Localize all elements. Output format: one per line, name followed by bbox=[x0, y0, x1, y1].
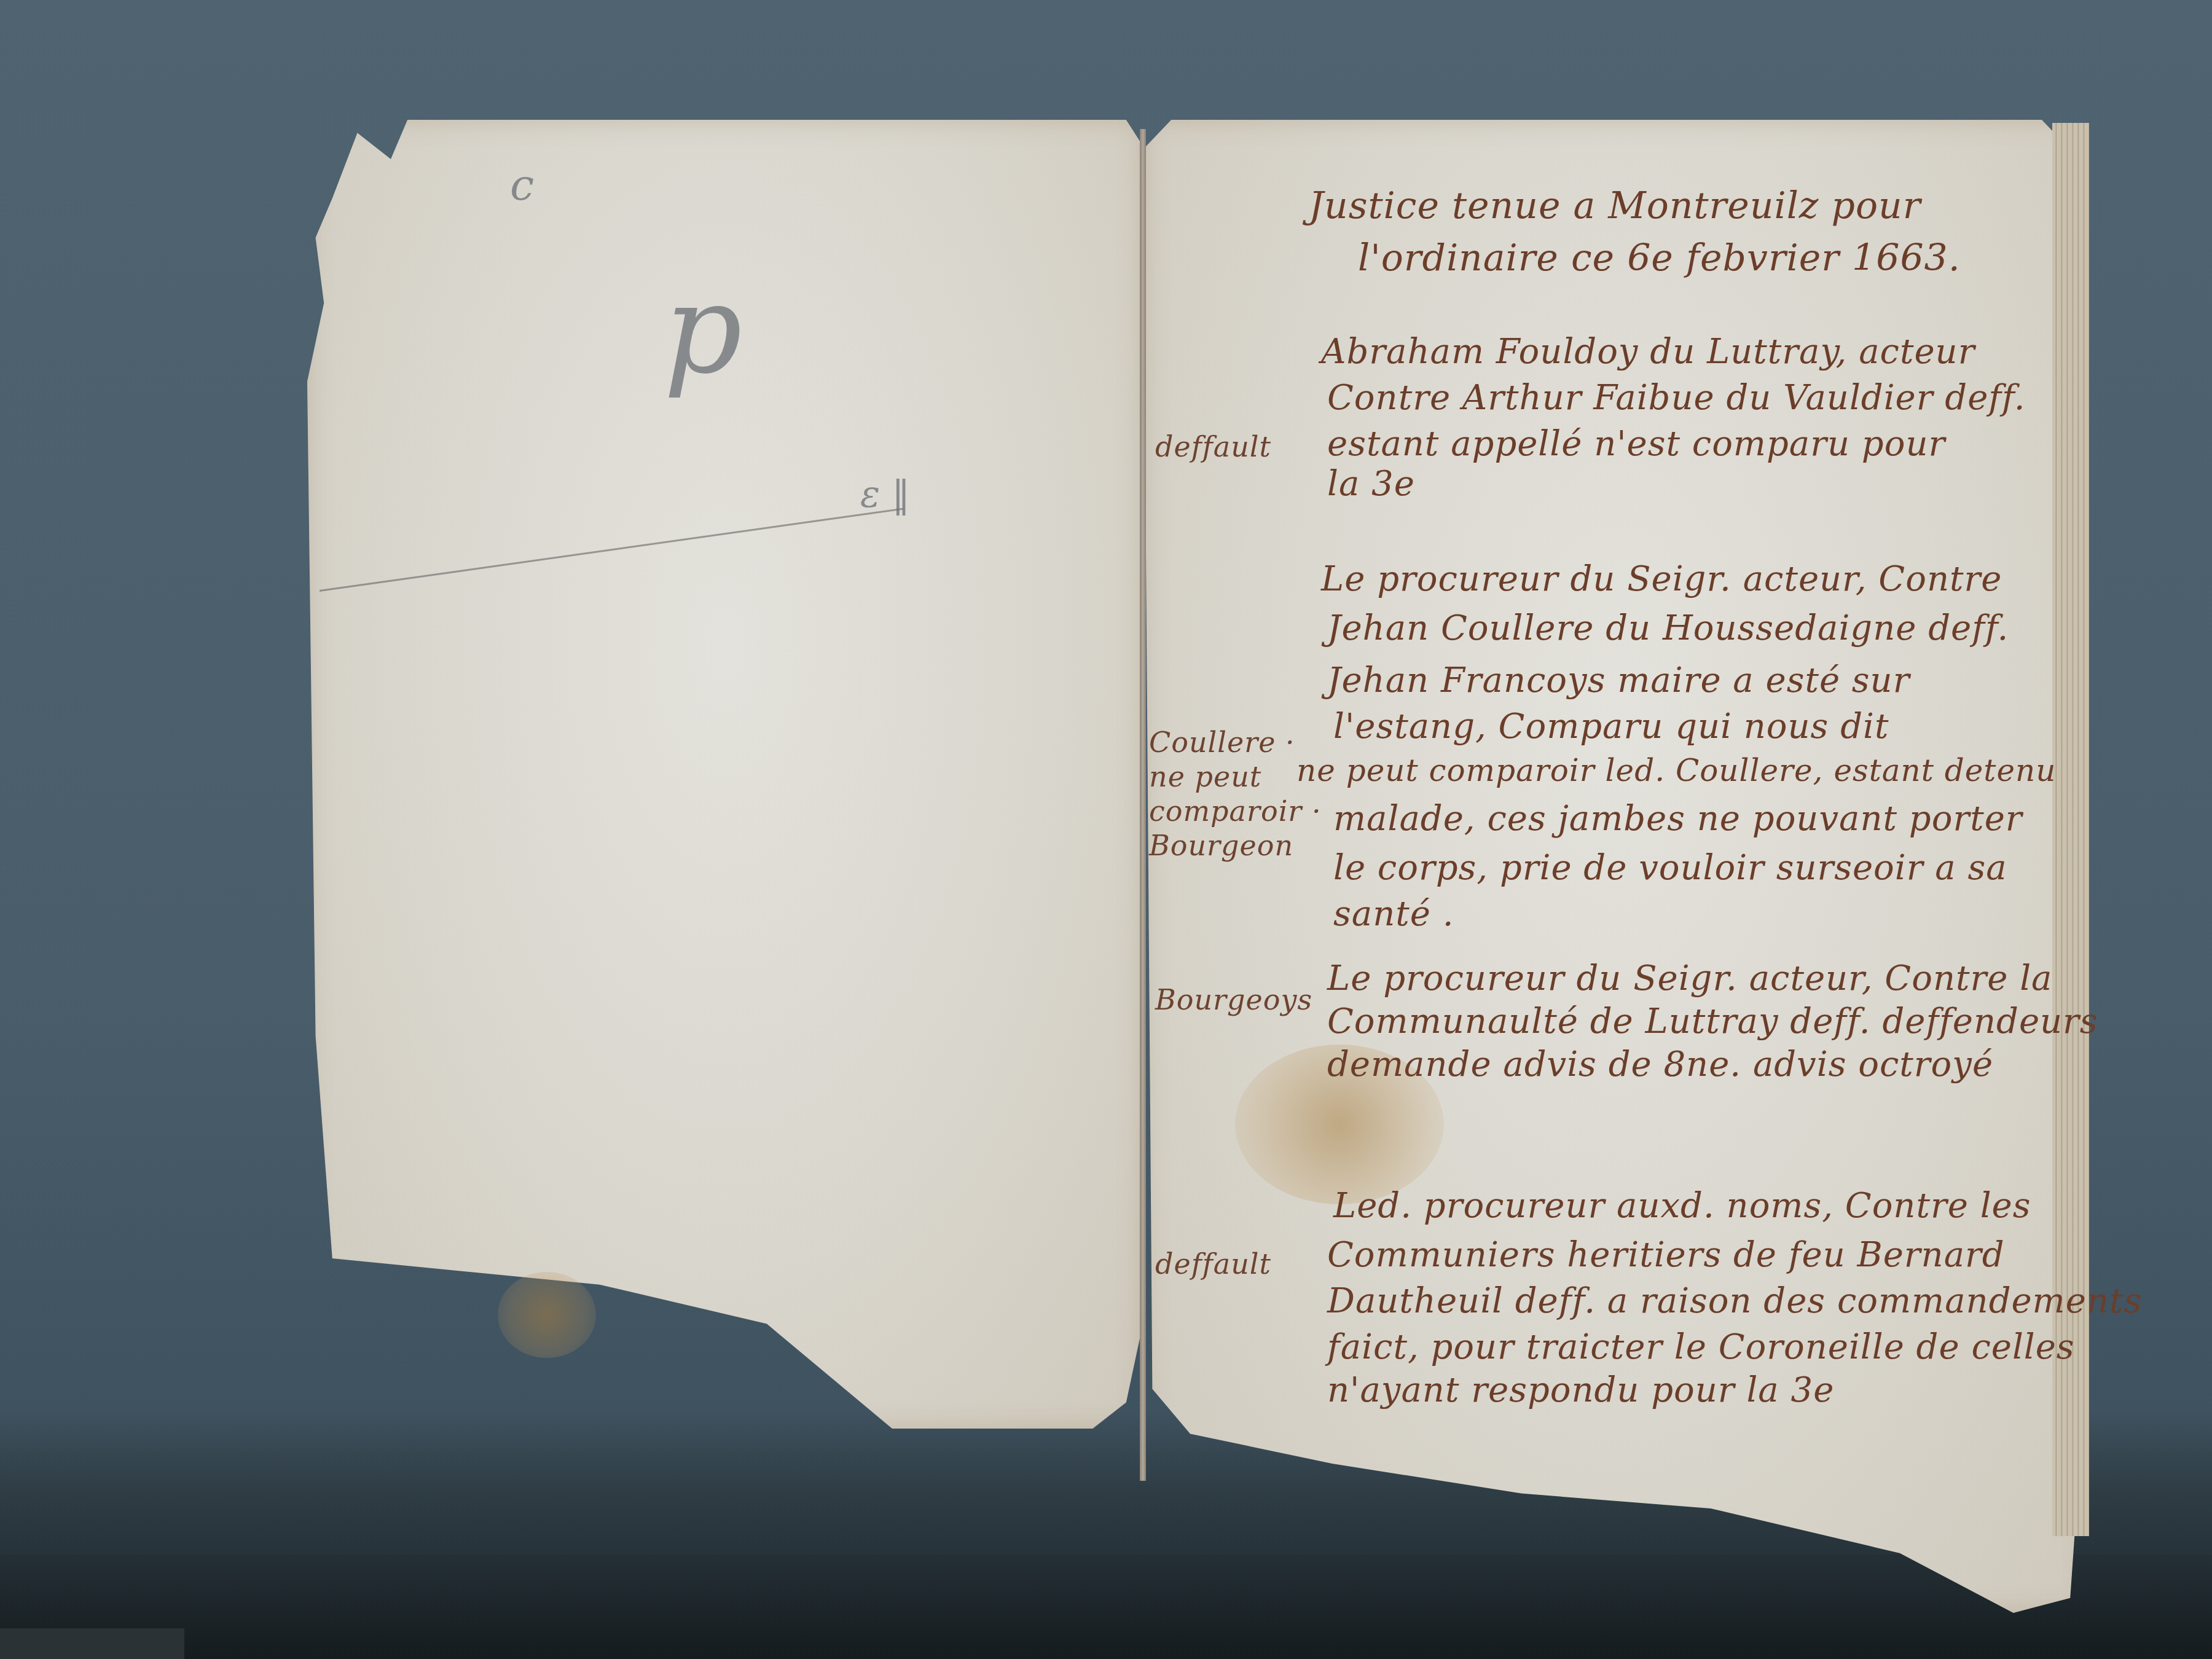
entry-2-line: Jehan Francoys maire a esté sur bbox=[1327, 661, 1910, 700]
entry-3-margin-note: Bourgeoys bbox=[1155, 983, 1312, 1016]
entry-2-line: Jehan Coullere du Houssedaigne deff. bbox=[1327, 608, 2009, 648]
entry-4-line: Communiers heritiers de feu Bernard bbox=[1327, 1235, 2005, 1275]
pencil-small-mark: c bbox=[510, 160, 534, 210]
entry-2-line: malade, ces jambes ne pouvant porter bbox=[1333, 799, 2023, 839]
register-heading-line-1: Justice tenue a Montreuilz pour bbox=[1309, 184, 1921, 227]
entry-4-line: faict, pour traicter le Coroneille de ce… bbox=[1327, 1327, 2075, 1367]
table-corner bbox=[0, 1628, 184, 1659]
table-surface bbox=[0, 1555, 2212, 1659]
pencil-letter: p bbox=[664, 258, 742, 401]
entry-4-margin-note: deffault bbox=[1155, 1247, 1271, 1281]
entry-2-line: santé . bbox=[1333, 894, 1454, 934]
entry-3-line: demande advis de 8ne. advis octroyé bbox=[1327, 1045, 1993, 1084]
entry-4-line: n'ayant respondu pour la 3e bbox=[1327, 1370, 1834, 1410]
entry-2-line: l'estang, Comparu qui nous dit bbox=[1333, 707, 1889, 747]
register-heading-line-2: l'ordinaire ce 6e febvrier 1663. bbox=[1358, 237, 1961, 280]
entry-2-line: ne peut comparoir led. Coullere, estant … bbox=[1296, 753, 2056, 788]
entry-4-line: Led. procureur auxd. noms, Contre les bbox=[1333, 1186, 2031, 1226]
entry-2-line: Le procureur du Seigr. acteur, Contre bbox=[1321, 559, 2002, 599]
entry-1-line: estant appellé n'est comparu pour bbox=[1327, 424, 1945, 464]
entry-4-line: Dautheuil deff. a raison des commandemen… bbox=[1327, 1281, 2142, 1321]
entry-3-line: Communaulté de Luttray deff. deffendeurs bbox=[1327, 1002, 2098, 1041]
entry-1-line: la 3e bbox=[1327, 464, 1415, 504]
book-gutter bbox=[1140, 129, 1146, 1481]
entry-1-line: Abraham Fouldoy du Luttray, acteur bbox=[1321, 332, 1975, 372]
page-edges bbox=[2052, 123, 2089, 1536]
entry-3-line: Le procureur du Seigr. acteur, Contre la bbox=[1327, 959, 2052, 998]
entry-1-margin-note: deffault bbox=[1155, 430, 1271, 463]
entry-2-line: le corps, prie de vouloir surseoir a sa bbox=[1333, 848, 2007, 888]
ink-stain-left bbox=[498, 1272, 596, 1358]
entry-1-line: Contre Arthur Faibue du Vauldier deff. bbox=[1327, 378, 2026, 418]
entry-2-margin-note: Coullere · ne peut comparoir · Bourgeon bbox=[1149, 725, 1327, 863]
pencil-fragment: ɛ ‖ bbox=[860, 473, 910, 516]
